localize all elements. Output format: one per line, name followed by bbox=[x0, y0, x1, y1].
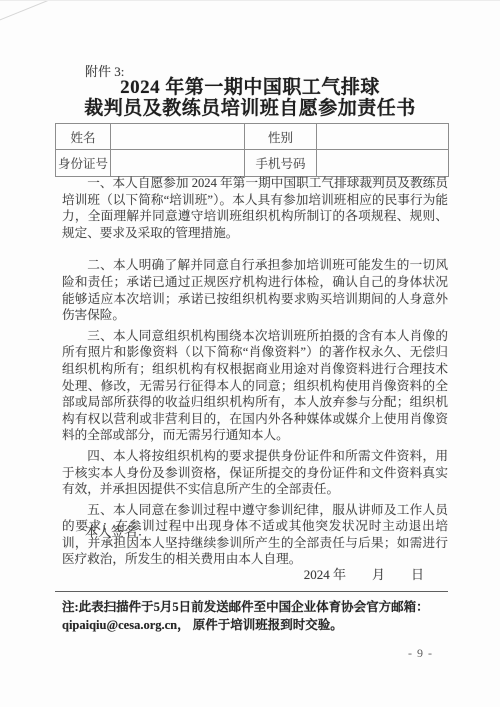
footer-divider bbox=[55, 591, 448, 592]
document-title: 2024 年第一期中国职工气排球 裁判员及教练员培训班自愿参加责任书 bbox=[0, 78, 500, 119]
footer-note-line-1: 注:此表扫描件于5月5日前发送邮件至中国企业体育协会官方邮箱： bbox=[62, 599, 444, 617]
phone-value-cell bbox=[317, 150, 448, 176]
terms-body: 一、本人自愿参加 2024 年第一期中国职工气排球裁判员及教练员培训班（以下简称… bbox=[62, 175, 448, 572]
document-title-line-2: 裁判员及教练员培训班自愿参加责任书 bbox=[0, 99, 500, 120]
name-label-cell: 姓名 bbox=[56, 124, 111, 150]
document-title-line-1: 2024 年第一期中国职工气排球 bbox=[0, 78, 500, 99]
id-number-value-cell bbox=[111, 150, 245, 176]
term-paragraph-1: 一、本人自愿参加 2024 年第一期中国职工气排球裁判员及教练员培训班（以下简称… bbox=[62, 175, 448, 241]
signature-label: 本人签名： bbox=[85, 521, 150, 540]
term-paragraph-2: 二、本人明确了解并同意自行承担参加培训班可能发生的一切风险和责任；承诺已通过正规… bbox=[62, 257, 448, 323]
gender-label-cell: 性别 bbox=[245, 124, 317, 150]
footer-note-line-2: qipaiqiu@cesa.org.cn， 原件于培训班报到时交验。 bbox=[62, 617, 444, 635]
scanned-document-page: 附件 3: 2024 年第一期中国职工气排球 裁判员及教练员培训班自愿参加责任书… bbox=[0, 0, 500, 707]
phone-label-cell: 手机号码 bbox=[245, 150, 317, 176]
term-paragraph-3: 三、本人同意组织机构围绕本次培训班所拍摄的含有本人肖像的所有照片和影像资料（以下… bbox=[62, 328, 448, 444]
gender-value-cell bbox=[317, 124, 448, 150]
applicant-info-table: 姓名 性别 身份证号 手机号码 bbox=[55, 123, 449, 177]
footer-note: 注:此表扫描件于5月5日前发送邮件至中国企业体育协会官方邮箱： qipaiqiu… bbox=[62, 599, 444, 634]
term-paragraph-4: 四、本人将按组织机构的要求提供身份证件和所需文件资料，用于核实本人身份及参训资格… bbox=[62, 448, 448, 498]
page-number: - 9 - bbox=[408, 646, 433, 661]
scan-artifact-line bbox=[0, 0, 50, 22]
signature-date-line: 2024 年 月 日 bbox=[62, 564, 424, 583]
id-number-label-cell: 身份证号 bbox=[56, 150, 111, 176]
name-value-cell bbox=[111, 124, 245, 150]
